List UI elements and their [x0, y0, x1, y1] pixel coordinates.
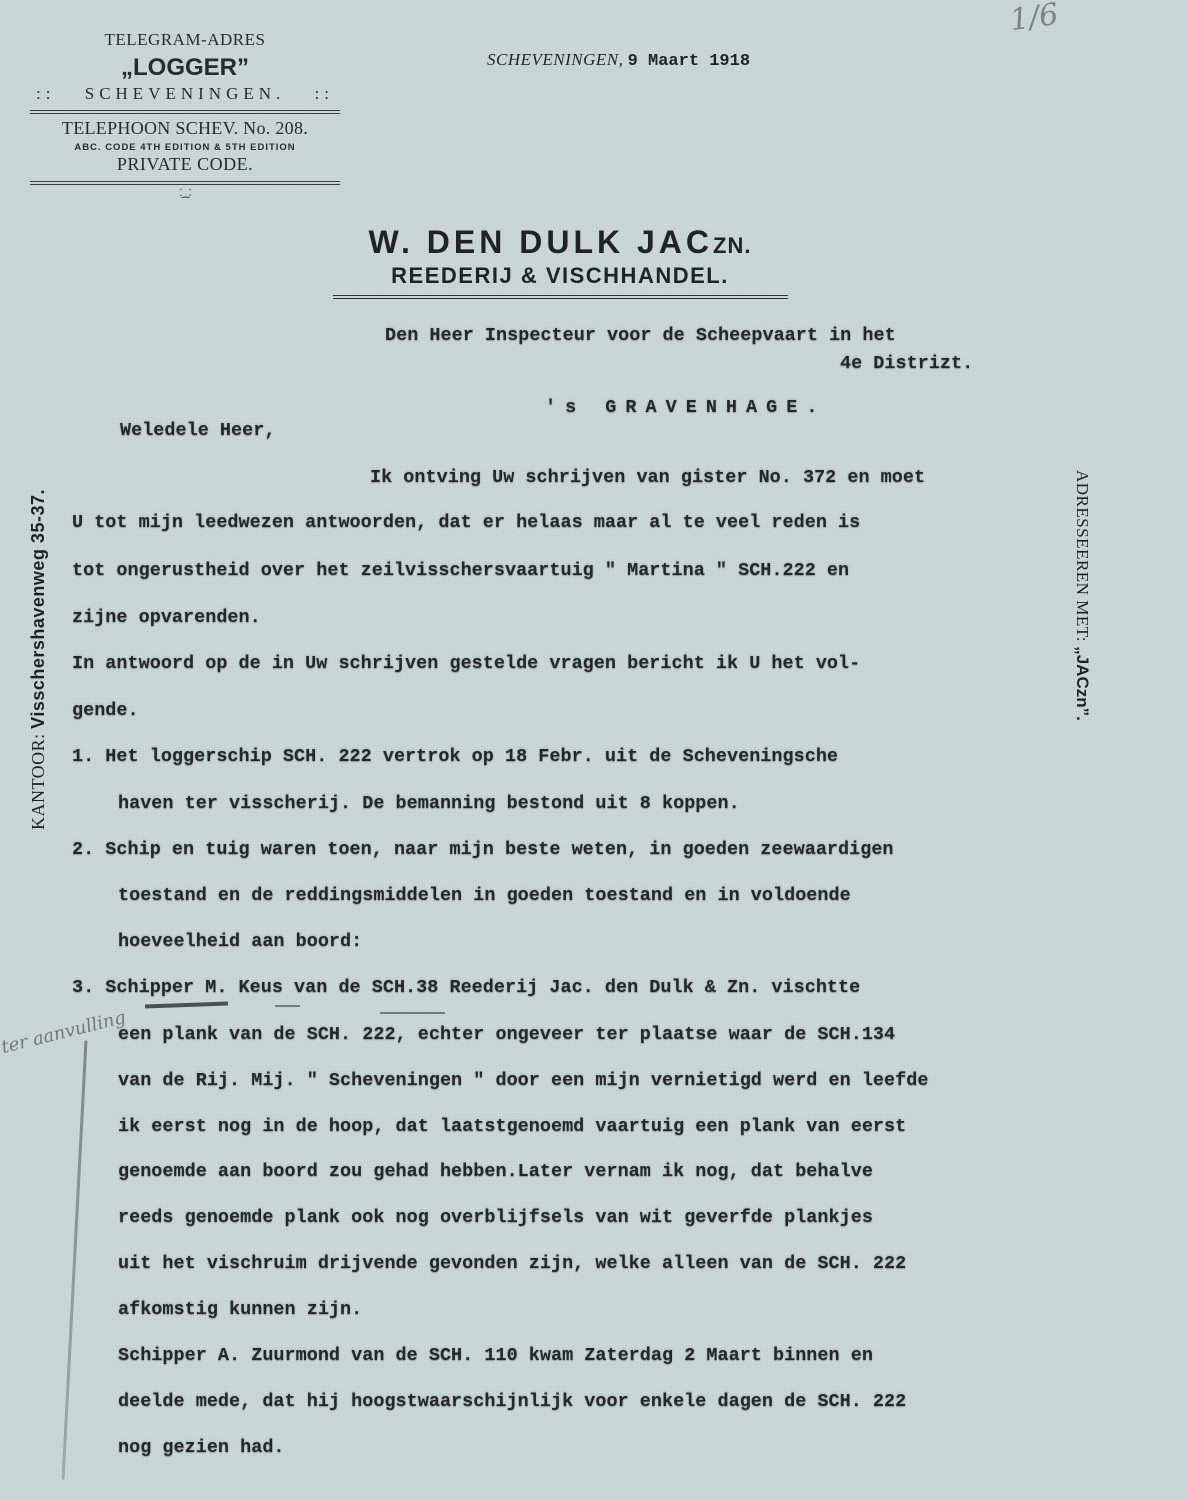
- telegram-letterhead: TELEGRAM-ADRES „LOGGER” :: SCHEVENINGEN.…: [30, 30, 340, 199]
- salutation: Weledele Heer,: [120, 420, 275, 441]
- letter-page: TELEGRAM-ADRES „LOGGER” :: SCHEVENINGEN.…: [0, 0, 1187, 1500]
- body-line: deelde mede, dat hij hoogstwaarschijnlij…: [118, 1391, 906, 1412]
- body-line: haven ter visscherij. De bemanning besto…: [118, 793, 740, 814]
- body-line: uit het vischruim drijvende gevonden zij…: [118, 1253, 906, 1274]
- office-address: Visschershavenweg 35-37.: [28, 489, 48, 729]
- firm-name-suffix: ZN.: [713, 233, 751, 258]
- body-line: een plank van de SCH. 222, echter ongeve…: [118, 1024, 895, 1045]
- ornament-icon: ⁚⁔⁚: [30, 189, 340, 199]
- firm-name: W. DEN DULK JACZN.: [330, 224, 790, 261]
- office-label: KANTOOR:: [28, 733, 48, 830]
- addressing-label: ADRESSEEREN MET:: [1073, 470, 1092, 642]
- city-right-mark: ::: [315, 84, 334, 104]
- pencil-margin-stroke: [61, 1040, 87, 1480]
- body-line: nog gezien had.: [118, 1437, 285, 1458]
- body-line: van de Rij. Mij. " Scheveningen " door e…: [118, 1070, 928, 1091]
- abc-code: ABC. CODE 4TH EDITION & 5TH EDITION: [30, 142, 340, 153]
- firm-header: W. DEN DULK JACZN. REEDERIJ & VISCHHANDE…: [330, 224, 790, 299]
- body-line: reeds genoemde plank ook nog overblijfse…: [118, 1207, 873, 1228]
- body-line: genoemde aan boord zou gehad hebben.Late…: [118, 1161, 873, 1182]
- body-line: U tot mijn leedwezen antwoorden, dat er …: [72, 512, 860, 533]
- private-code: PRIVATE CODE.: [30, 154, 340, 175]
- list-item-3: 3. Schipper M. Keus van de SCH.38 Reeder…: [72, 977, 860, 998]
- letter-date: SCHEVENINGEN, 9 Maart 1918: [487, 50, 750, 71]
- addressing-note-vertical: ADRESSEEREN MET: „JACzn”.: [1072, 470, 1092, 721]
- body-line: gende.: [72, 700, 139, 721]
- divider: [30, 181, 340, 185]
- divider: [30, 110, 340, 114]
- letterhead-city-row: :: SCHEVENINGEN. ::: [30, 84, 340, 104]
- telegram-label: TELEGRAM-ADRES: [30, 30, 340, 50]
- body-line: toestand en de reddingsmiddelen in goede…: [118, 885, 851, 906]
- addressee-city: 's GRAVENHAGE.: [545, 397, 826, 418]
- body-line: zijne opvarenden.: [72, 607, 261, 628]
- firm-name-main: W. DEN DULK JAC: [369, 224, 713, 260]
- body-line: Ik ontving Uw schrijven van gister No. 3…: [370, 467, 925, 488]
- body-line: hoeveelheid aan boord:: [118, 931, 362, 952]
- list-item-2: 2. Schip en tuig waren toen, naar mijn b…: [72, 839, 894, 860]
- body-line: afkomstig kunnen zijn.: [118, 1299, 362, 1320]
- telephone-number: TELEPHOON SCHEV. No. 208.: [30, 118, 340, 139]
- pencil-underline: [145, 1002, 228, 1009]
- body-line: Schipper A. Zuurmond van de SCH. 110 kwa…: [118, 1345, 873, 1366]
- letterhead-city: SCHEVENINGEN.: [85, 84, 286, 104]
- pencil-margin-note: ter aanvulling: [0, 1005, 129, 1061]
- body-line: tot ongerustheid over het zeilvisschersv…: [72, 560, 849, 581]
- body-line: In antwoord op de in Uw schrijven gestel…: [72, 653, 860, 674]
- pencil-underline: [275, 1005, 300, 1007]
- addressee-district: 4e Distrizt.: [840, 353, 973, 374]
- divider: [333, 295, 788, 299]
- date-place: SCHEVENINGEN,: [487, 50, 623, 69]
- firm-subtitle: REEDERIJ & VISCHHANDEL.: [330, 263, 790, 289]
- city-left-mark: ::: [36, 84, 55, 104]
- date-value: 9 Maart 1918: [628, 52, 750, 71]
- telegram-address: „LOGGER”: [30, 54, 340, 82]
- pencil-underline: [380, 1012, 445, 1014]
- office-address-vertical: KANTOOR: Visschershavenweg 35-37.: [28, 489, 49, 830]
- body-line: ik eerst nog in de hoop, dat laatstgenoe…: [118, 1116, 906, 1137]
- addressing-value: „JACzn”.: [1073, 646, 1092, 721]
- addressee-line: Den Heer Inspecteur voor de Scheepvaart …: [385, 325, 896, 346]
- list-item-1: 1. Het loggerschip SCH. 222 vertrok op 1…: [72, 746, 838, 767]
- pencil-reference-number: 1/6: [1008, 0, 1061, 38]
